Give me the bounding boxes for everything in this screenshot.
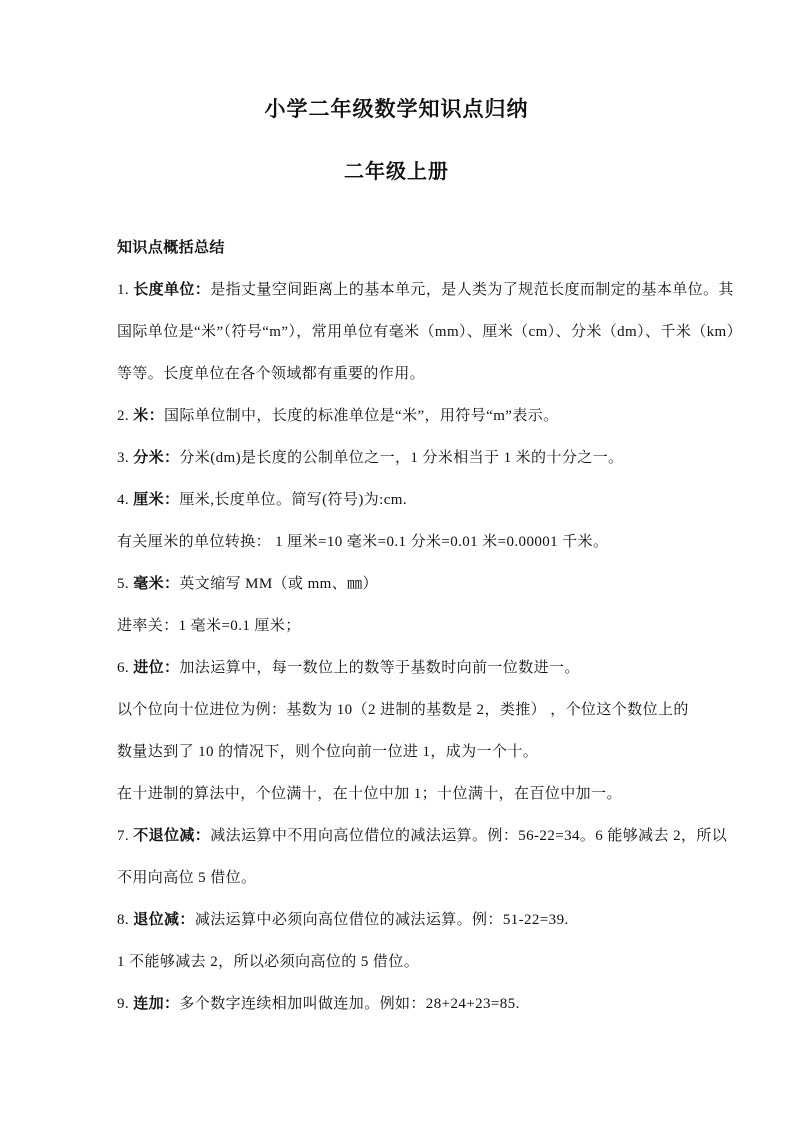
term-bold: 米： [133,407,164,424]
text-segment: 进率关：1 毫米=0.1 厘米； [117,618,301,634]
document-page: 小学二年级数学知识点归纳 二年级上册 知识点概括总结1. 长度单位：是指丈量空间… [0,0,793,1122]
text-segment: 是指丈量空间距离上的基本单元，是人类为了规范长度而制定的基本单位。其 [210,282,734,298]
text-line: 在十进制的算法中，个位满十，在十位中加 1；十位满十，在百位中加一。 [117,773,683,815]
text-segment: 多个数字连续相加叫做连加。例如：28+24+23=85. [179,996,519,1012]
text-segment: 减法运算中必须向高位借位的减法运算。例：51-22=39. [195,912,569,928]
text-segment: 国际单位是“米”（符号“m”），常用单位有毫米（mm）、厘米（cm）、分米（dm… [117,324,742,340]
text-segment: 2. [117,408,133,424]
term-bold: 连加： [133,995,179,1012]
text-segment: 8. [117,912,133,928]
text-segment: 减法运算中不用向高位借位的减法运算。例：56-22=34。6 能够减去 2，所以 [210,828,727,844]
term-bold: 厘米： [133,491,179,508]
text-line: 4. 厘米：厘米,长度单位。简写(符号)为:cm. [117,479,683,521]
text-segment: 加法运算中，每一数位上的数等于基数时向前一位数进一。 [179,660,579,676]
text-segment: 5. [117,576,133,592]
text-segment: 国际单位制中，长度的标准单位是“米”，用符号“m”表示。 [164,408,559,424]
text-segment: 数量达到了 10 的情况下，则个位向前一位进 1，成为一个十。 [117,744,538,760]
document-subtitle: 二年级上册 [0,122,793,184]
text-segment: 分米(dm)是长度的公制单位之一，1 分米相当于 1 米的十分之一。 [179,450,623,466]
text-line: 7. 不退位减：减法运算中不用向高位借位的减法运算。例：56-22=34。6 能… [117,815,683,857]
text-line: 1 不能够减去 2，所以必须向高位的 5 借位。 [117,941,683,983]
text-segment: 厘米,长度单位。简写(符号)为:cm. [179,492,407,508]
text-segment: 1. [117,282,133,298]
text-segment: 7. [117,828,133,844]
text-line: 3. 分米：分米(dm)是长度的公制单位之一，1 分米相当于 1 米的十分之一。 [117,437,683,479]
text-segment: 6. [117,660,133,676]
term-bold: 退位减： [133,911,195,928]
text-line: 知识点概括总结 [117,227,683,269]
text-line: 不用向高位 5 借位。 [117,857,683,899]
term-bold: 不退位减： [133,827,210,844]
text-segment: 1 不能够减去 2，所以必须向高位的 5 借位。 [117,954,419,970]
text-line: 6. 进位：加法运算中，每一数位上的数等于基数时向前一位数进一。 [117,647,683,689]
text-line: 1. 长度单位：是指丈量空间距离上的基本单元，是人类为了规范长度而制定的基本单位… [117,269,683,311]
text-segment: 等等。长度单位在各个领域都有重要的作用。 [117,366,425,382]
text-line: 2. 米：国际单位制中，长度的标准单位是“米”，用符号“m”表示。 [117,395,683,437]
term-bold: 知识点概括总结 [117,239,225,256]
text-line: 进率关：1 毫米=0.1 厘米； [117,605,683,647]
text-line: 5. 毫米：英文缩写 MM（或 mm、㎜） [117,563,683,605]
text-segment: 3. [117,450,133,466]
text-segment: 有关厘米的单位转换： 1 厘米=10 毫米=0.1 分米=0.01 米=0.00… [117,534,608,550]
text-segment: 以个位向十位进位为例：基数为 10（2 进制的基数是 2，类推） ，个位这个数位… [117,702,689,718]
text-line: 数量达到了 10 的情况下，则个位向前一位进 1，成为一个十。 [117,731,683,773]
text-line: 8. 退位减：减法运算中必须向高位借位的减法运算。例：51-22=39. [117,899,683,941]
text-segment: 不用向高位 5 借位。 [117,870,256,886]
term-bold: 分米： [133,449,179,466]
term-bold: 长度单位： [133,281,210,298]
text-line: 9. 连加：多个数字连续相加叫做连加。例如：28+24+23=85. [117,983,683,1025]
text-line: 以个位向十位进位为例：基数为 10（2 进制的基数是 2，类推） ，个位这个数位… [117,689,683,731]
document-body: 知识点概括总结1. 长度单位：是指丈量空间距离上的基本单元，是人类为了规范长度而… [0,184,793,1025]
text-segment: 英文缩写 MM（或 mm、㎜） [179,576,378,592]
text-line: 有关厘米的单位转换： 1 厘米=10 毫米=0.1 分米=0.01 米=0.00… [117,521,683,563]
term-bold: 毫米： [133,575,179,592]
term-bold: 进位： [133,659,179,676]
text-segment: 4. [117,492,133,508]
document-title: 小学二年级数学知识点归纳 [0,0,793,122]
text-line: 国际单位是“米”（符号“m”），常用单位有毫米（mm）、厘米（cm）、分米（dm… [117,311,683,353]
text-segment: 在十进制的算法中，个位满十，在十位中加 1；十位满十，在百位中加一。 [117,786,622,802]
text-line: 等等。长度单位在各个领域都有重要的作用。 [117,353,683,395]
text-segment: 9. [117,996,133,1012]
